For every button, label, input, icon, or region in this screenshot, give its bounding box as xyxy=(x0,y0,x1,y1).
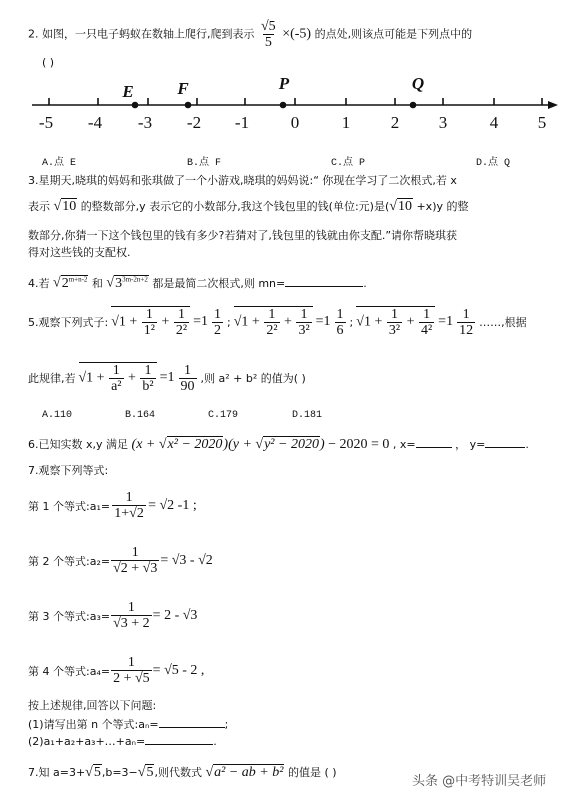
q7-sub2: (2)a₁+a₂+a₃+…+aₙ=. xyxy=(28,734,217,748)
point-e-label: E xyxy=(122,82,133,102)
tick-label: -1 xyxy=(235,113,249,133)
q7-title: 7.观察下列等式: xyxy=(28,462,108,478)
q2-option-c[interactable]: C.点 P xyxy=(331,153,365,169)
point-f-dot xyxy=(185,102,192,109)
tick-label: 1 xyxy=(342,113,351,133)
q3-line3: 数部分,你猜一下这个钱包里的钱有多少?若猜对了,钱包里的钱就由你支配.”请你帮晓… xyxy=(28,227,457,243)
point-e-dot xyxy=(132,102,139,109)
q5-condition-expr: √1 + 1a² + 1b² xyxy=(79,362,157,394)
number-line-axis xyxy=(0,0,570,140)
q6-stem: 6.已知实数 x,y 满足 (x + √x² − 2020)(y + √y² −… xyxy=(28,436,529,453)
q7-sub1-blank[interactable] xyxy=(159,717,225,728)
tick-label: 2 xyxy=(391,113,400,133)
q7-equation-3: 第 3 个等式:a₃= 1√3 + 2 = 2 - √3 xyxy=(28,600,197,631)
q2-option-d[interactable]: D.点 Q xyxy=(476,153,510,169)
tick-label: -5 xyxy=(39,113,53,133)
q3-line1: 3.星期天,晓琪的妈妈和张琪做了一个小游戏,晓琪的妈妈说:“ 你现在学习了二次根… xyxy=(28,172,457,188)
q4-stem: 4.若 √2m+n-2 和 √33m-2n+2 都是最简二次根式,则 mn=. xyxy=(28,275,367,292)
q5-expr-3: √1 + 13² + 14² xyxy=(356,306,435,338)
tick-label: -3 xyxy=(138,113,152,133)
point-p-dot xyxy=(280,102,287,109)
tick-label: -2 xyxy=(187,113,201,133)
q6-x-blank[interactable] xyxy=(416,437,452,448)
sqrt-10-b: √10 xyxy=(389,199,413,215)
q5-option-c[interactable]: C.179 xyxy=(208,410,238,421)
q7-equation-4: 第 4 个等式:a₄= 12 + √5 = √5 - 2 , xyxy=(28,655,204,686)
q7-rule-intro: 按上述规律,回答以下问题: xyxy=(28,697,156,713)
q7-sub2-blank[interactable] xyxy=(145,734,213,745)
sqrt-2-power: √2m+n-2 xyxy=(53,275,88,292)
q5-stem: 5.观察下列式子: √1 + 11² + 12² =112; √1 + 12² … xyxy=(28,306,527,338)
q8-stem: 7.知 a=3+√5,b=3−√5,则代数式 √a² − ab + b² 的值是… xyxy=(28,764,337,781)
q5-expr-2: √1 + 12² + 13² xyxy=(234,306,313,338)
q5-option-b[interactable]: B.164 xyxy=(125,410,155,421)
q5-expr-1: √1 + 11² + 12² xyxy=(111,306,190,338)
tick-label: 5 xyxy=(538,113,547,133)
q4-answer-blank[interactable] xyxy=(285,276,363,287)
q5-option-a[interactable]: A.110 xyxy=(42,410,72,421)
watermark: 头条 @中考特训吴老师 xyxy=(412,770,546,789)
q3-line2: 表示 √10 的整数部分,y 表示它的小数部分,我这个钱包里的钱(单位:元)是(… xyxy=(28,198,469,215)
point-q-label: Q xyxy=(412,74,424,94)
tick-label: 4 xyxy=(490,113,499,133)
tick-label: 0 xyxy=(291,113,300,133)
q7-sub1: (1)请写出第 n 个等式:aₙ=; xyxy=(28,716,228,732)
q5-line2: 此规律,若 √1 + 1a² + 1b² =1190 ,则 a² + b² 的值… xyxy=(28,362,306,394)
sqrt-3-power: √33m-2n+2 xyxy=(106,275,148,292)
q5-option-d[interactable]: D.181 xyxy=(292,410,322,421)
sqrt-10: √10 xyxy=(54,199,78,215)
q7-equation-2: 第 2 个等式:a₂= 1√2 + √3 = √3 - √2 xyxy=(28,545,213,576)
point-f-label: F xyxy=(177,79,188,99)
q6-y-blank[interactable] xyxy=(485,437,525,448)
point-p-label: P xyxy=(279,74,289,94)
q7-equation-1: 第 1 个等式:a₁= 11+√2 = √2 -1 ; xyxy=(28,490,197,521)
point-q-dot xyxy=(410,102,417,109)
q3-line4: 得对这些钱的支配权. xyxy=(28,244,131,260)
tick-label: 3 xyxy=(439,113,448,133)
q2-option-b[interactable]: B.点 F xyxy=(187,153,221,169)
q2-option-a[interactable]: A.点 E xyxy=(42,153,76,169)
tick-label: -4 xyxy=(88,113,102,133)
